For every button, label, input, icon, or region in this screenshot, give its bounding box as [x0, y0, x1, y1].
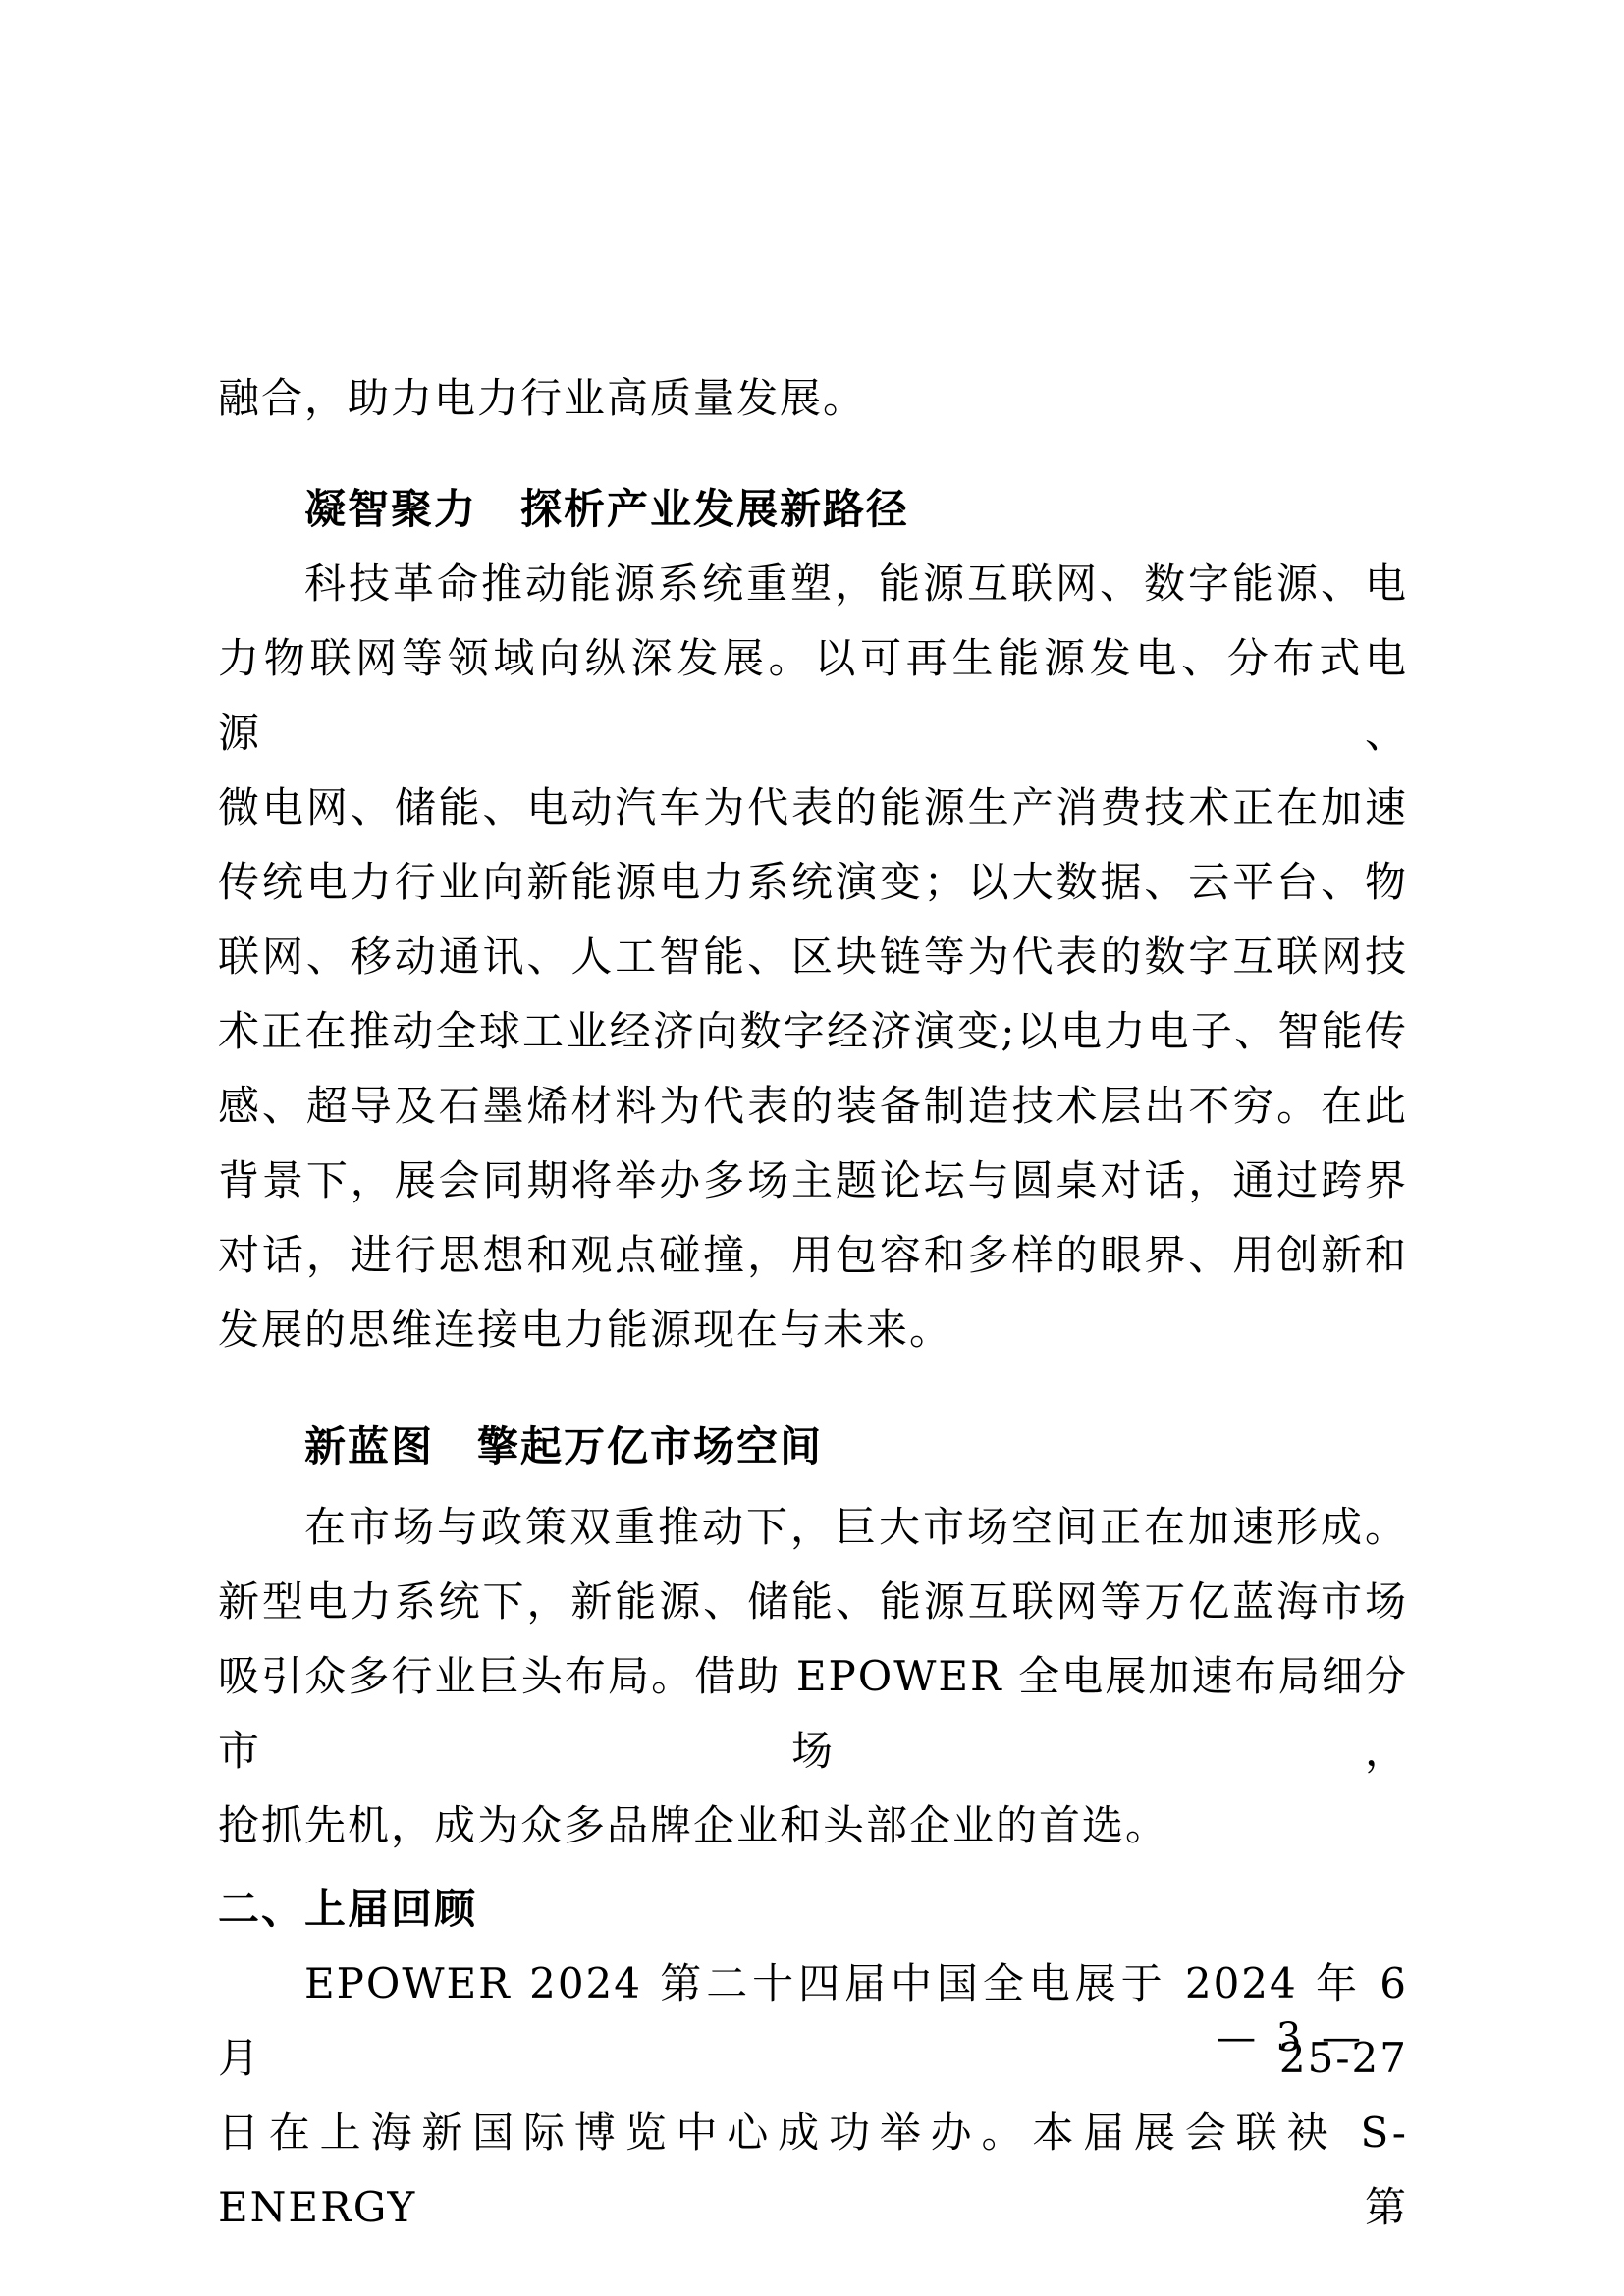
paragraph-industry-paths: 科技革命推动能源系统重塑，能源互联网、数字能源、电 力物联网等领域向纵深发展。以…	[218, 547, 1408, 1367]
paragraph-line: 对话，进行思想和观点碰撞，用包容和多样的眼界、用创新和	[218, 1218, 1408, 1293]
document-body: 融合，助力电力行业高质量发展。 凝智聚力 探析产业发展新路径 科技革命推动能源系…	[218, 361, 1408, 2245]
paragraph-line: 力物联网等领域向纵深发展。以可再生能源发电、分布式电源、	[218, 621, 1408, 771]
paragraph-line: 感、超导及石墨烯材料为代表的装备制造技术层出不穷。在此	[218, 1069, 1408, 1144]
paragraph-line: 新型电力系统下，新能源、储能、能源互联网等万亿蓝海市场	[218, 1565, 1408, 1639]
paragraph-line: 术正在推动全球工业经济向数字经济演变;以电力电子、智能传	[218, 994, 1408, 1069]
paragraph-line: 吸引众多行业巨头布局。借助 EPOWER 全电展加速布局细分市场，	[218, 1639, 1408, 1789]
paragraph-line: 抢抓先机，成为众多品牌企业和头部企业的首选。	[218, 1789, 1408, 1863]
paragraph-line: 日在上海新国际博览中心成功举办。本届展会联袂 S-ENERGY 第	[218, 2096, 1408, 2245]
paragraph-line: 传统电力行业向新能源电力系统演变；以大数据、云平台、物	[218, 845, 1408, 920]
paragraph-line: 科技革命推动能源系统重塑，能源互联网、数字能源、电	[218, 547, 1408, 621]
paragraph-line: 背景下，展会同期将举办多场主题论坛与圆桌对话，通过跨界	[218, 1144, 1408, 1218]
section-heading-previous-review: 二、上届回顾	[218, 1872, 1408, 1947]
section-heading-gather-wisdom: 凝智聚力 探析产业发展新路径	[218, 472, 1408, 547]
section-heading-new-blueprint: 新蓝图 擎起万亿市场空间	[218, 1410, 1408, 1484]
paragraph-line: 在市场与政策双重推动下，巨大市场空间正在加速形成。	[218, 1490, 1408, 1565]
paragraph-line: 发展的思维连接电力能源现在与未来。	[218, 1293, 1408, 1367]
paragraph-market-space: 在市场与政策双重推动下，巨大市场空间正在加速形成。 新型电力系统下，新能源、储能…	[218, 1490, 1408, 1863]
paragraph-epower-2024: EPOWER 2024 第二十四届中国全电展于 2024 年 6 月 25-27…	[218, 1947, 1408, 2245]
page-number: — 3 —	[1217, 2014, 1365, 2061]
document-page: 融合，助力电力行业高质量发展。 凝智聚力 探析产业发展新路径 科技革命推动能源系…	[0, 0, 1624, 2296]
paragraph-line: 融合，助力电力行业高质量发展。	[218, 361, 1408, 436]
paragraph-line: 微电网、储能、电动汽车为代表的能源生产消费技术正在加速	[218, 771, 1408, 845]
paragraph-line: 联网、移动通讯、人工智能、区块链等为代表的数字互联网技	[218, 920, 1408, 994]
